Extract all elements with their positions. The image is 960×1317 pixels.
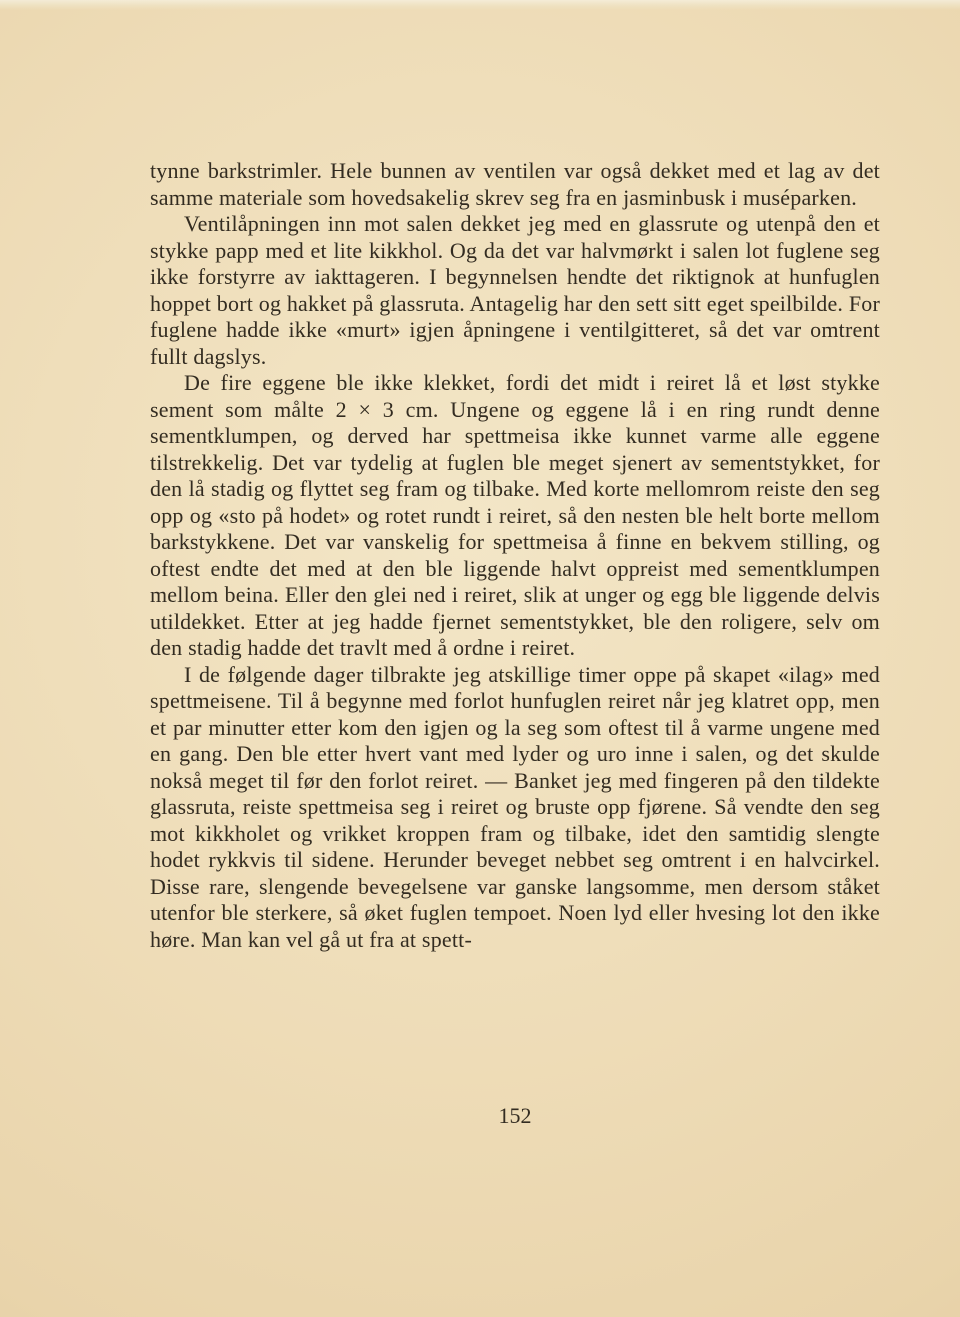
paragraph-3: De fire eggene ble ikke klekket, fordi d… bbox=[150, 370, 880, 662]
paragraph-1: tynne barkstrimler. Hele bunnen av venti… bbox=[150, 158, 880, 211]
scan-top-edge bbox=[0, 0, 960, 10]
paragraph-2: Ventilåpningen inn mot salen dekket jeg … bbox=[150, 211, 880, 370]
page-text: tynne barkstrimler. Hele bunnen av venti… bbox=[150, 158, 880, 953]
page-number: 152 bbox=[150, 1103, 880, 1129]
book-page: tynne barkstrimler. Hele bunnen av venti… bbox=[0, 0, 960, 1317]
paragraph-4: I de følgende dager tilbrakte jeg atskil… bbox=[150, 662, 880, 954]
paper-specks bbox=[0, 0, 2, 3]
